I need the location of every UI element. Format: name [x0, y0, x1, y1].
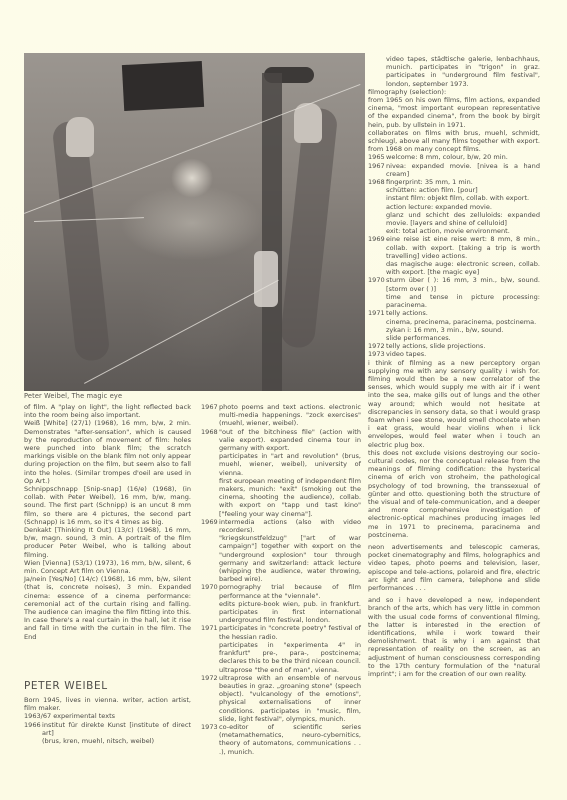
- film-entry: 1970 sturm über ( ): 16 mm, 3 min., b/w,…: [368, 276, 540, 309]
- essay-paragraph: and so i have developed a new, independe…: [368, 596, 540, 678]
- essay-paragraph: neon advertisements and telescopic camer…: [368, 543, 540, 592]
- film-text: schütten: action film. [pour]: [386, 186, 540, 194]
- bio-text: institut für direkte Kunst [institute of…: [42, 721, 191, 737]
- year: 1971: [368, 309, 386, 342]
- film-text: telly actions.: [386, 309, 540, 317]
- year: 1967: [201, 403, 219, 428]
- continuation-text: video tapes, städtische galerie, lenbach…: [368, 55, 540, 88]
- film-entry: 1969 eine reise ist eine reise wert: 8 m…: [368, 235, 540, 276]
- year: 1968: [368, 178, 386, 235]
- chronology-entry: 1973 co-editor of scientific series (met…: [201, 723, 361, 756]
- film-text: cinema, precinema, paracinema, postcinem…: [386, 318, 540, 326]
- film-text: exit: total action, movie environment.: [386, 227, 540, 235]
- entry-text: "kriegskunstfeldzug" ["art of war campai…: [219, 534, 361, 583]
- chronology-entry: 1972 ultraprose with an ensemble of nerv…: [201, 674, 361, 723]
- paragraph: Weiß [White] (27/1) (1968), 16 mm, b/w, …: [24, 419, 191, 485]
- essay-paragraph: i think of filming as a new perceptory o…: [368, 359, 540, 449]
- film-entry: 1971 telly actions. cinema, precinema, p…: [368, 309, 540, 342]
- film-text: glanz und schicht des zelluloids: expand…: [386, 211, 540, 227]
- entry-text: photo poems and text actions. electronic…: [219, 403, 361, 428]
- chronology-entry: 1967 photo poems and text actions. elect…: [201, 403, 361, 428]
- bio-text: experimental texts: [51, 712, 191, 720]
- paragraph: Denkakt [Thinking It Out] (13/c) (1968),…: [24, 526, 191, 559]
- chronology-entry: 1968 "out of the bitchiness file" (actio…: [201, 428, 361, 518]
- essay-paragraph: this does not exclude visions destroying…: [368, 449, 540, 539]
- film-entry: 1968 fingerprint: 35 mm, 1 min. schütten…: [368, 178, 540, 235]
- paragraph: Wien [Vienna] (53/1) (1973), 16 mm, b/w,…: [24, 559, 191, 575]
- photo-caption: Peter Weibel, The magic eye: [24, 392, 122, 400]
- entry-text: co-editor of scientific series (metamath…: [219, 723, 361, 756]
- year: 1972: [368, 342, 386, 350]
- chronology-entry: 1969 intermedia actions (also with video…: [201, 518, 361, 584]
- film-descriptions: of film. A "play on light", the light re…: [24, 403, 191, 641]
- film-text: fingerprint: 35 mm, 1 min.: [386, 178, 540, 186]
- film-text: welcome: 8 mm, colour, b/w, 20 min.: [386, 153, 540, 161]
- film-entry: 1973 video tapes.: [368, 350, 540, 358]
- left-hand: [66, 117, 94, 157]
- film-text: nivea: expanded movie. [nivea is a hand …: [386, 162, 540, 178]
- chronology: 1967 photo poems and text actions. elect…: [201, 403, 361, 756]
- year: 1969: [368, 235, 386, 276]
- wire: [84, 280, 279, 384]
- filmography-intro: from 1965 on his own films, film actions…: [368, 96, 540, 129]
- right-hand: [294, 103, 322, 143]
- artist-heading: PETER WEIBEL: [24, 680, 108, 692]
- year: 1968: [201, 428, 219, 518]
- film-text: instant film: objekt film, collab. with …: [386, 194, 540, 202]
- year: 1973: [201, 723, 219, 756]
- year: 1970: [368, 276, 386, 309]
- paragraph: Schnippschnapp [Snip-snap] (16/e) (1968)…: [24, 485, 191, 526]
- year: 1970: [201, 583, 219, 624]
- film-text: time and tense in picture processing: pa…: [386, 293, 540, 309]
- year: 1971: [201, 624, 219, 673]
- entry-text: ultraprose "the end of man", vienna.: [219, 666, 361, 674]
- bio-text: (brus, kren, muehl, nitsch, weibel): [42, 737, 191, 745]
- bio-year: 1963/67: [24, 712, 51, 720]
- film-text: das magische auge: electronic screen, co…: [386, 260, 540, 276]
- entry-text: intermedia actions (also with video reco…: [219, 518, 361, 534]
- year: 1973: [368, 350, 386, 358]
- filmography-column: video tapes, städtische galerie, lenbach…: [368, 55, 540, 678]
- paragraph: of film. A "play on light", the light re…: [24, 403, 191, 419]
- lamp: [254, 251, 278, 307]
- bio-entry: 1963/67 experimental texts: [24, 712, 191, 720]
- entry-text: participates in "art and revolution" (br…: [219, 452, 361, 477]
- chronology-entry: 1971 participates in "concrete poetry" f…: [201, 624, 361, 673]
- entry-text: participates in "concrete poetry" festiv…: [219, 624, 361, 640]
- film-entry: 1965 welcome: 8 mm, colour, b/w, 20 min.: [368, 153, 540, 161]
- film-text: zykan i: 16 mm, 3 min., b/w, sound.: [386, 326, 540, 334]
- right-arm: [280, 107, 339, 349]
- artist-bio: Born 1945, lives in vienna. writer, acti…: [24, 696, 191, 745]
- film-text: sturm über ( ): 16 mm, 3 min., b/w, soun…: [386, 276, 540, 292]
- film-text: action lecture: expanded movie.: [386, 203, 540, 211]
- photo-magic-eye: [24, 53, 365, 391]
- circuit-board: [122, 61, 204, 111]
- film-text: telly actions, slide projections.: [386, 342, 540, 350]
- chronology-entry: 1970 pornography trial because of film p…: [201, 583, 361, 624]
- bio-year: 1966: [24, 721, 42, 746]
- entry-text: participates in "experimenta 4" in frank…: [219, 641, 361, 666]
- entry-text: "out of the bitchiness file" (action wit…: [219, 428, 361, 453]
- page: Peter Weibel, The magic eye of film. A "…: [0, 0, 567, 800]
- paragraph: Ja/nein [Yes/No] (14/c) (1968), 16 mm, b…: [24, 575, 191, 641]
- year: 1965: [368, 153, 386, 161]
- film-entry: 1967 nivea: expanded movie. [nivea is a …: [368, 162, 540, 178]
- film-text: eine reise ist eine reise wert: 8 mm, 8 …: [386, 235, 540, 260]
- entry-text: edits picture-book wien, pub. in frankfu…: [219, 600, 361, 625]
- year: 1969: [201, 518, 219, 584]
- film-entry: 1972 telly actions, slide projections.: [368, 342, 540, 350]
- film-text: video tapes.: [386, 350, 540, 358]
- entry-text: ultraprose with an ensemble of nervous b…: [219, 674, 361, 723]
- entry-text: first european meeting of independent fi…: [219, 477, 361, 518]
- bio-intro: Born 1945, lives in vienna. writer, acti…: [24, 696, 191, 712]
- filmography-intro: collaborates on films with brus, muehl, …: [368, 129, 540, 154]
- year: 1967: [368, 162, 386, 178]
- filmography-title: filmography (selection):: [368, 88, 540, 96]
- film-text: slide performances.: [386, 334, 540, 342]
- entry-text: pornography trial because of film perfor…: [219, 583, 361, 599]
- year: 1972: [201, 674, 219, 723]
- bio-entry: 1966 institut für direkte Kunst [institu…: [24, 721, 191, 746]
